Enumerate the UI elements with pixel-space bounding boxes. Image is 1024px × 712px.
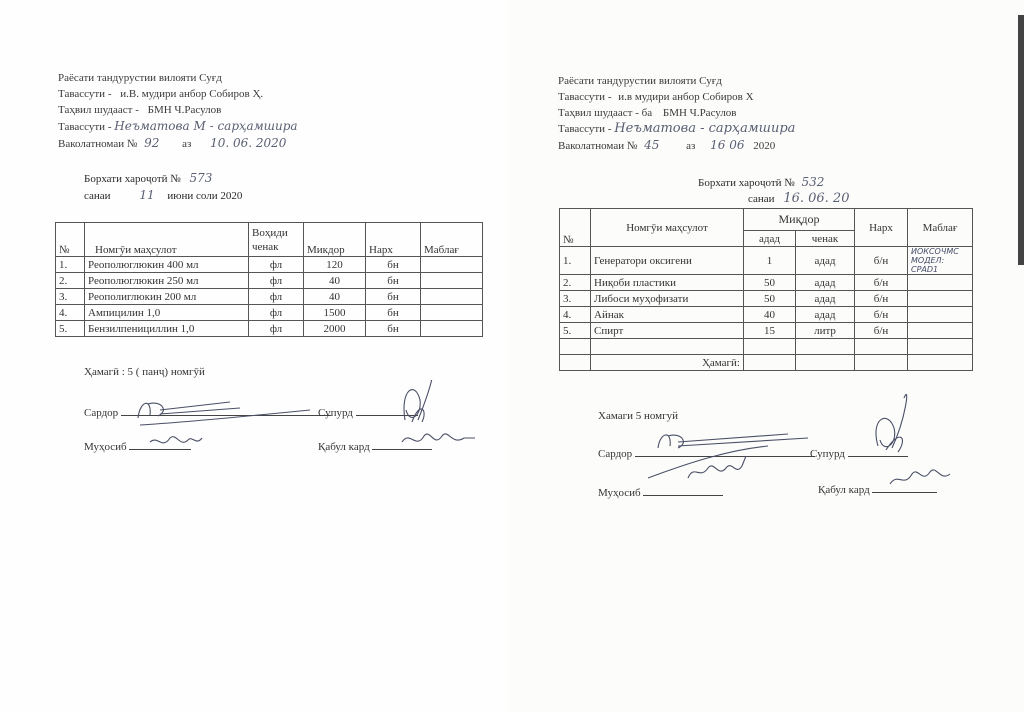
- cell-n: 1.: [56, 257, 85, 273]
- cell-price: б/н: [855, 291, 908, 307]
- cell-n: 3.: [560, 291, 591, 307]
- cell-qty: 2000: [304, 321, 366, 337]
- cell-price: б/н: [855, 323, 908, 339]
- cell-unit: фл: [249, 305, 304, 321]
- cell-count: 50: [744, 291, 796, 307]
- right-invoice-title: Борхати хароҷотӣ № 532 санаи 16. 06. 20: [698, 174, 849, 207]
- cell-unit: фл: [249, 273, 304, 289]
- cell-unit: литр: [796, 323, 855, 339]
- total-label: Ҳамагӣ:: [591, 355, 744, 371]
- cell-n: 5.: [56, 321, 85, 337]
- cell-sum: [908, 291, 973, 307]
- cell-price: б/н: [855, 247, 908, 275]
- table-total-row: Ҳамагӣ:: [560, 355, 973, 371]
- handwritten-signatures-icon: [638, 388, 978, 498]
- cell-qty: 1500: [304, 305, 366, 321]
- header-through-person: Тавассути - Неъматова - сарҳамшира: [558, 121, 795, 137]
- cell-count: 15: [744, 323, 796, 339]
- cell-name: Либоси муҳофизати: [591, 291, 744, 307]
- handwritten-date: 16. 06. 20: [783, 191, 849, 206]
- cell-unit: адад: [796, 275, 855, 291]
- cell-n: 1.: [560, 247, 591, 275]
- cell-price: бн: [366, 257, 421, 273]
- header-power-of-attorney: Ваколатномаи № 45 аз 16 06 2020: [558, 137, 795, 154]
- cell-name: Реополюглюкин 250 мл: [85, 273, 249, 289]
- table-empty-row: [560, 339, 973, 355]
- cell-name: Бензилпенициллин 1,0: [85, 321, 249, 337]
- table-row: 5.Спирт15литрб/н: [560, 323, 973, 339]
- cell-price: бн: [366, 273, 421, 289]
- handwritten-number: 45: [644, 138, 659, 152]
- header-delivered-to: Таҳвил шудааст - ба БМН Ч.Расулов: [558, 105, 795, 121]
- cell-name: Спирт: [591, 323, 744, 339]
- cell-name: Ампицилин 1,0: [85, 305, 249, 321]
- header-through: Тавассути - и.В. мудири анбор Собиров Ҳ.: [58, 86, 298, 102]
- cell-sum: [421, 273, 483, 289]
- cell-sum: [421, 257, 483, 273]
- cell-name: Реополиглюкин 200 мл: [85, 289, 249, 305]
- cell-price: бн: [366, 321, 421, 337]
- table-row: 5.Бензилпенициллин 1,0фл2000бн: [56, 321, 483, 337]
- cell-sum: ИОКСОЧМС МОДЕЛ: СРАD1: [908, 247, 973, 275]
- right-page: Раёсати тандурустии вилояти Суғд Тавассу…: [508, 0, 1024, 712]
- cell-qty: 40: [304, 289, 366, 305]
- left-items-table: № Номгӯи маҳсулот Воҳиди ченак Микдор На…: [55, 222, 483, 337]
- table-row: 1.Реополюглюкин 400 млфл120бн: [56, 257, 483, 273]
- cell-sum: [908, 307, 973, 323]
- cell-unit: адад: [796, 291, 855, 307]
- cell-n: 2.: [56, 273, 85, 289]
- handwritten-name: Неъматова М - сарҳамшира: [114, 119, 297, 133]
- left-total-count: Ҳамагӣ : 5 ( панҷ) номгӯй: [84, 366, 205, 378]
- cell-price: бн: [366, 305, 421, 321]
- header-through: Тавассути - и.в мудири анбор Собиров Х: [558, 89, 795, 105]
- header-organization: Раёсати тандурустии вилояти Суғд: [58, 70, 298, 86]
- scan-edge: [1018, 15, 1024, 265]
- cell-count: 1: [744, 247, 796, 275]
- cell-unit: адад: [796, 247, 855, 275]
- left-header: Раёсати тандурустии вилояти Суғд Тавассу…: [58, 70, 298, 152]
- cell-name: Ниқоби пластики: [591, 275, 744, 291]
- cell-n: 5.: [560, 323, 591, 339]
- cell-price: бн: [366, 289, 421, 305]
- cell-price: б/н: [855, 307, 908, 323]
- left-page: Раёсати тандурустии вилояти Суғд Тавассу…: [0, 0, 508, 712]
- right-items-table: № Номгӯи маҳсулот Миқдор Нарх Маблағ ада…: [559, 208, 973, 371]
- cell-unit: фл: [249, 289, 304, 305]
- cell-n: 3.: [56, 289, 85, 305]
- left-invoice-title: Борхати хароҷотӣ № 573 санаи 11 июни сол…: [84, 170, 242, 204]
- cell-price: б/н: [855, 275, 908, 291]
- cell-name: Реополюглюкин 400 мл: [85, 257, 249, 273]
- cell-count: 40: [744, 307, 796, 323]
- cell-n: 2.: [560, 275, 591, 291]
- handwritten-signatures-icon: [130, 380, 490, 460]
- cell-name: Генератори оксигени: [591, 247, 744, 275]
- table-row: 2.Ниқоби пластики50ададб/н: [560, 275, 973, 291]
- header-organization: Раёсати тандурустии вилояти Суғд: [558, 73, 795, 89]
- table-row: 3.Либоси муҳофизати50ададб/н: [560, 291, 973, 307]
- cell-n: 4.: [560, 307, 591, 323]
- handwritten-name: Неъматова - сарҳамшира: [614, 121, 795, 136]
- handwritten-date: 16 06: [710, 138, 744, 152]
- table-row: 4.Ампицилин 1,0фл1500бн: [56, 305, 483, 321]
- cell-sum: [908, 323, 973, 339]
- cell-sum: [908, 275, 973, 291]
- header-through-person: Тавассути - Неъматова М - сарҳамшира: [58, 118, 298, 135]
- handwritten-number: 92: [144, 136, 159, 150]
- right-header: Раёсати тандурустии вилояти Суғд Тавассу…: [558, 73, 795, 154]
- cell-n: 4.: [56, 305, 85, 321]
- table-row: 2.Реополюглюкин 250 млфл40бн: [56, 273, 483, 289]
- handwritten-invoice-number: 532: [802, 175, 825, 189]
- cell-unit: фл: [249, 257, 304, 273]
- handwritten-date: 10. 06. 2020: [210, 136, 286, 150]
- cell-qty: 40: [304, 273, 366, 289]
- header-power-of-attorney: Ваколатномаи № 92 аз 10. 06. 2020: [58, 135, 298, 152]
- cell-qty: 120: [304, 257, 366, 273]
- cell-sum: [421, 289, 483, 305]
- cell-count: 50: [744, 275, 796, 291]
- cell-name: Айнак: [591, 307, 744, 323]
- cell-sum: [421, 321, 483, 337]
- table-row: 1.Генератори оксигени1ададб/нИОКСОЧМС МО…: [560, 247, 973, 275]
- table-row: 3.Реополиглюкин 200 млфл40бн: [56, 289, 483, 305]
- cell-sum: [421, 305, 483, 321]
- handwritten-invoice-number: 573: [190, 171, 213, 185]
- cell-unit: фл: [249, 321, 304, 337]
- header-delivered-to: Таҳвил шудааст - БМН Ч.Расулов: [58, 102, 298, 118]
- cell-unit: адад: [796, 307, 855, 323]
- table-row: 4.Айнак40ададб/н: [560, 307, 973, 323]
